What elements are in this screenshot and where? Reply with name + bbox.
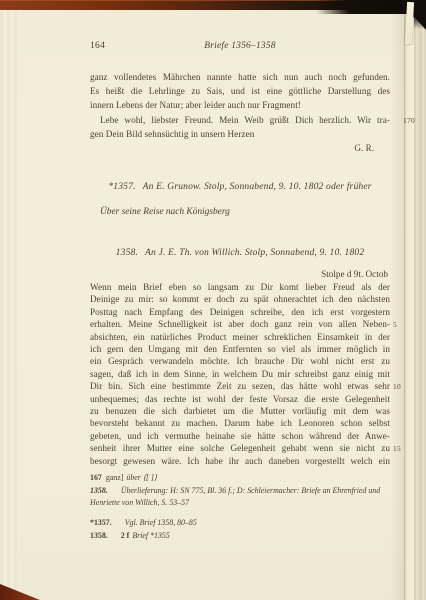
margin-line-number-10: 10 — [393, 381, 417, 393]
text-line: ein Gespräch verwandeln möchte. Ich brau… — [90, 355, 390, 367]
running-header: Briefe 1356–1358 — [204, 41, 276, 51]
page-content: 164 Briefe 1356–1358 ganz vollendetes Mä… — [90, 40, 390, 541]
letter-title: An E. Grunow. Stolp, Sonnabend, 9. 10. 1… — [143, 181, 372, 192]
text-line: ganz vollendetes Mährchen nannte hatte s… — [90, 70, 390, 84]
margin-line-number-170: 170 — [393, 114, 417, 128]
text-line: Es heißt die Lehrlinge zu Sais, und ist … — [90, 84, 390, 98]
text-line: Lebe wohl, liebster Freund. Mein Weib gr… — [90, 113, 390, 127]
apparatus-note-text: über ⟨[ ]⟩ — [126, 473, 157, 482]
letter-1358-heading: 1358.An J. E. Th. von Willich. Stolp, So… — [90, 247, 390, 259]
page-right-shading — [390, 9, 404, 600]
left-page-edges — [0, 9, 18, 600]
apparatus-variant-entry: 167ganz]über ⟨[ ]⟩ — [90, 472, 390, 483]
apparatus-ueberlieferung-entry: 1358.Überlieferung: H: SN 775, Bl. 36 f.… — [90, 485, 390, 507]
apparatus-letter-number: *1357. — [90, 518, 112, 527]
text-line: erhalten. Meine Schnelligkeit ist aber d… — [90, 318, 390, 330]
apparatus-letter-number: 1358. — [90, 486, 108, 495]
text-line: zu benuzen die sich darbietet um die Mut… — [90, 405, 390, 417]
text-line: Posttag nach Empfang des Deinigen schrei… — [90, 306, 390, 318]
text-line: gen Dein Bild sehnsüchtig in unsern Herz… — [90, 127, 390, 141]
letter-signature: G. R. — [90, 142, 390, 155]
text-line: senheit ihrer Mutter eine solche Gelegen… — [90, 442, 390, 454]
letter-1357-heading: *1357.An E. Grunow. Stolp, Sonnabend, 9.… — [90, 181, 390, 193]
text-line: Dir bin. Sich eine bestimmte Zeit zu sez… — [90, 380, 390, 392]
letter-dateline: Stolpe d 9t. Octob — [90, 268, 390, 280]
apparatus-note-1358: 1358.2 fBrief *1355 — [90, 530, 390, 541]
text-line: Deinige zu mir: so kommt er doch zu spät… — [90, 293, 390, 305]
text-line: besorgt gewesen wäre. Ich habe ihr auch … — [90, 455, 390, 467]
text-line: Wenn mein Brief eben so langsam zu Dir k… — [90, 281, 390, 293]
apparatus-line-ref: 2 f — [121, 531, 130, 540]
letter-1358-body: Wenn mein Brief eben so langsam zu Dir k… — [90, 281, 390, 467]
margin-line-number-15: 15 — [393, 443, 417, 455]
text-line: sagen, daß ich in dem Sinne, in welchem … — [90, 368, 390, 380]
apparatus-note-text: Brief *1355 — [132, 531, 169, 540]
letter-number: *1357. — [108, 181, 135, 192]
text-line: innern Lebens der Natur; aber leider auc… — [90, 98, 390, 112]
page-header: 164 Briefe 1356–1358 — [90, 40, 390, 53]
text-line: unbequemes; das rechte ist wohl der fest… — [90, 393, 390, 405]
apparatus-line-number: 167 — [90, 473, 102, 482]
fore-edge-stripe — [404, 9, 414, 600]
letter-title: An J. E. Th. von Willich. Stolp, Sonnabe… — [145, 247, 364, 258]
letter-1357-summary: Über seine Reise nach Königsberg — [90, 206, 390, 218]
text-line: ich gern den Umgang mit den Entfernten s… — [90, 343, 390, 355]
margin-line-number-5: 5 — [393, 319, 417, 331]
book-page: 164 Briefe 1356–1358 ganz vollendetes Mä… — [0, 0, 426, 600]
apparatus-note-1357: *1357.Vgl. Brief 1358, 80–85 — [90, 517, 390, 528]
apparatus-lemma: ganz] — [106, 473, 124, 482]
apparatus-letter-number: 1358. — [90, 531, 108, 540]
letter-number: 1358. — [116, 247, 138, 258]
apparatus: 167ganz]über ⟨[ ]⟩ 1358.Überlieferung: H… — [90, 472, 390, 541]
cover-corner-bottom-left — [0, 584, 40, 600]
apparatus-note-text: Überlieferung: H: SN 775, Bl. 36 f.; D: … — [90, 486, 380, 506]
right-page-stack-edges — [414, 9, 426, 600]
text-line: bevorsteht bekannt zu machen. Darum habe… — [90, 417, 390, 429]
apparatus-note-text: Vgl. Brief 1358, 80–85 — [125, 518, 197, 527]
page-number: 164 — [90, 40, 105, 53]
letter-1356-body: ganz vollendetes Mährchen nannte hatte s… — [90, 70, 390, 155]
text-line: gebeten, und ich vermuthe beinahe sie hä… — [90, 430, 390, 442]
text-line: absichten, ein natürliches Product meine… — [90, 331, 390, 343]
